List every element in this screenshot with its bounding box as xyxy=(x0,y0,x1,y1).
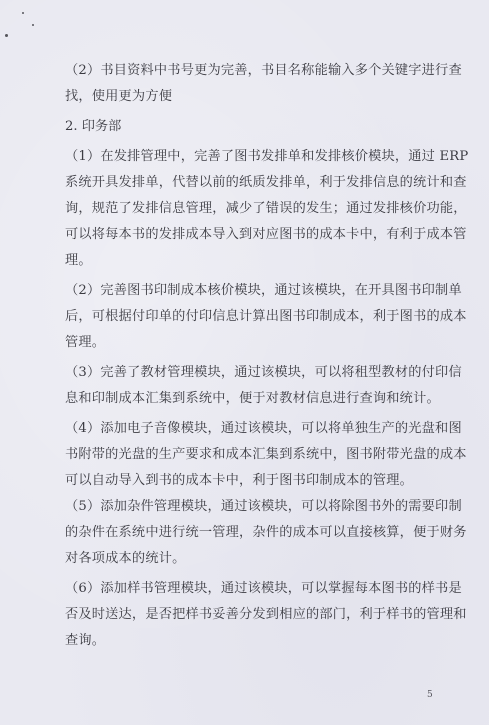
text-line: 找，使用更为方便 xyxy=(65,84,440,110)
text-line: （6）添加样书管理模块，通过该模块，可以掌握每本图书的样书是 xyxy=(65,576,440,602)
paragraph-sample-books: （6）添加样书管理模块，通过该模块，可以掌握每本图书的样书是 否及时送达，是否把… xyxy=(65,576,440,654)
scan-speck xyxy=(32,24,34,26)
text-line: （2）书目资料中书号更为完善，书目名称能输入多个关键字进行查 xyxy=(65,58,440,84)
text-line: （4）添加电子音像模块，通过该模块，可以将单独生产的光盘和图 xyxy=(65,416,440,442)
text-line: 系统开具发排单，代替以前的纸质发排单，利于发排信息的统计和查 xyxy=(65,170,440,196)
text-line: （5）添加杂件管理模块，通过该模块，可以将除图书外的需要印制 xyxy=(65,494,440,520)
text-line: 息和印制成本汇集到系统中，便于对教材信息进行查询和统计。 xyxy=(65,386,440,412)
text-line: 理。 xyxy=(65,248,440,274)
text-line: （2）完善图书印制成本核价模块，通过该模块，在开具图书印制单 xyxy=(65,278,440,304)
text-line: 的杂件在系统中进行统一管理，杂件的成本可以直接核算，便于财务 xyxy=(65,520,440,546)
paragraph-miscellaneous-items: （5）添加杂件管理模块，通过该模块，可以将除图书外的需要印制 的杂件在系统中进行… xyxy=(65,494,440,572)
text-line: 否及时送达，是否把样书妥善分发到相应的部门，利于样书的管理和 xyxy=(65,602,440,628)
text-line: 可以自动导入到书的成本卡中，利于图书印制成本的管理。 xyxy=(65,468,440,494)
text-line: 查询。 xyxy=(65,628,440,654)
paragraph-electronic-audiovisual: （4）添加电子音像模块，通过该模块，可以将单独生产的光盘和图 书附带的光盘的生产… xyxy=(65,416,440,494)
paragraph-bibliography-improvement: （2）书目资料中书号更为完善，书目名称能输入多个关键字进行查 找，使用更为方便 xyxy=(65,58,440,110)
text-line: 询，规范了发排信息管理，减少了错误的发生；通过发排核价功能， xyxy=(65,196,440,222)
text-line: （3）完善了教材管理模块，通过该模块，可以将租型教材的付印信 xyxy=(65,360,440,386)
section-heading-printing-department: 2. 印务部 xyxy=(65,114,440,140)
text-line: （1）在发排管理中，完善了图书发排单和发排核价模块，通过 ERP xyxy=(65,144,440,170)
scan-speck xyxy=(5,34,8,37)
document-body: （2）书目资料中书号更为完善，书目名称能输入多个关键字进行查 找，使用更为方便 … xyxy=(65,58,440,654)
text-line: 后，可根据付印单的付印信息计算出图书印制成本，利于图书的成本 xyxy=(65,304,440,330)
text-line: 书附带的光盘的生产要求和成本汇集到系统中，图书附带光盘的成本 xyxy=(65,442,440,468)
scanned-page: （2）书目资料中书号更为完善，书目名称能输入多个关键字进行查 找，使用更为方便 … xyxy=(0,0,489,725)
paragraph-printing-cost: （2）完善图书印制成本核价模块，通过该模块，在开具图书印制单 后，可根据付印单的… xyxy=(65,278,440,356)
paragraph-typesetting-management: （1）在发排管理中，完善了图书发排单和发排核价模块，通过 ERP 系统开具发排单… xyxy=(65,144,440,274)
page-number: 5 xyxy=(427,690,433,700)
paragraph-textbook-management: （3）完善了教材管理模块，通过该模块，可以将租型教材的付印信 息和印制成本汇集到… xyxy=(65,360,440,412)
scan-speck xyxy=(22,12,24,14)
text-line: 管理。 xyxy=(65,330,440,356)
text-line: 对各项成本的统计。 xyxy=(65,546,440,572)
text-line: 可以将每本书的发排成本导入到对应图书的成本卡中，有利于成本管 xyxy=(65,222,440,248)
